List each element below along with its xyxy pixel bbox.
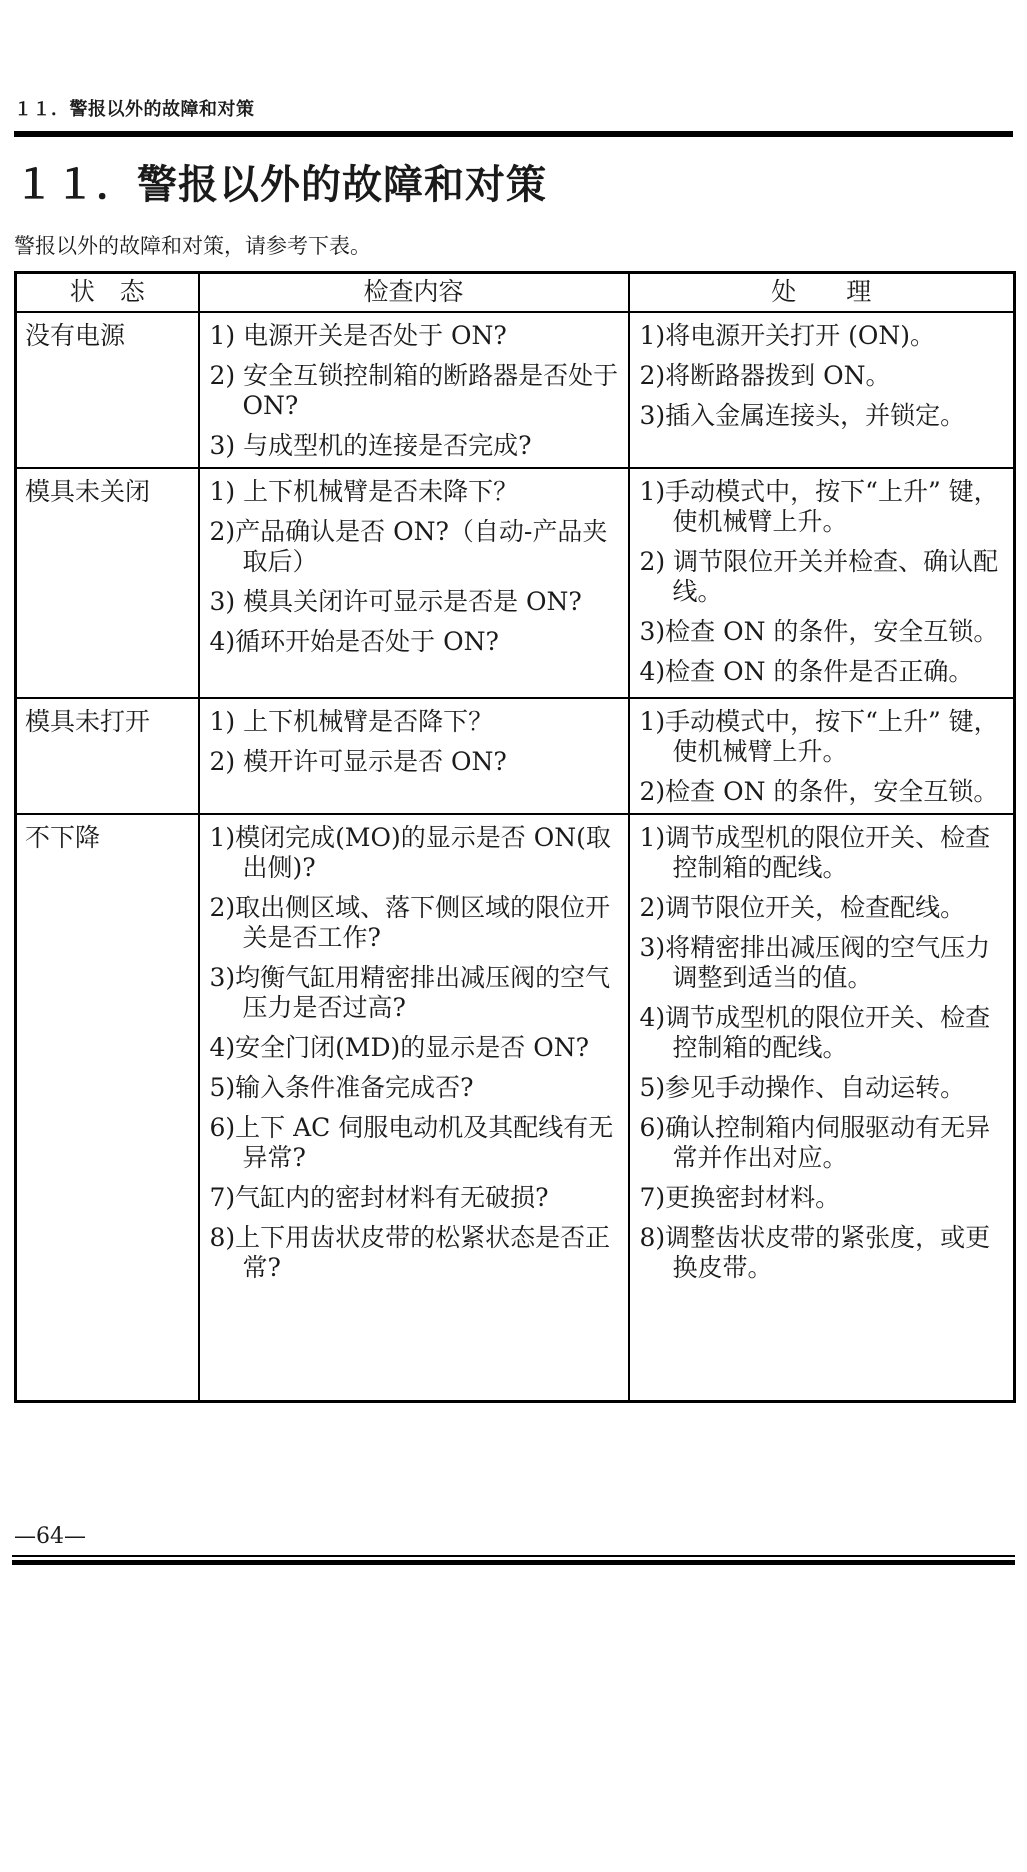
action-item: 4)检查 ON 的条件是否正确。 <box>640 657 1005 687</box>
action-item: 7)更换密封材料。 <box>640 1183 1005 1213</box>
footer-rule-thick <box>12 1560 1015 1565</box>
action-cell: 1)手动模式中，按下“上升” 键，使机械臂上升。2) 调节限位开关并检查、确认配… <box>629 468 1015 698</box>
page-content: １１．警报以外的故障和对策 １１．警报以外的故障和对策 警报以外的故障和对策，请… <box>0 0 1027 1403</box>
table-row: 不下降1)模闭完成(MO)的显示是否 ON(取出侧)?2)取出侧区域、落下侧区域… <box>16 814 1015 1402</box>
action-item: 2) 调节限位开关并检查、确认配线。 <box>640 547 1005 607</box>
action-item: 3)插入金属连接头，并锁定。 <box>640 401 1005 431</box>
check-cell: 1) 电源开关是否处于 ON?2) 安全互锁控制箱的断路器是否处于 ON?3) … <box>199 312 629 468</box>
check-item: 7)气缸内的密封材料有无破损? <box>210 1183 619 1213</box>
table-header-action: 处 理 <box>629 272 1015 312</box>
check-item: 4)安全门闭(MD)的显示是否 ON? <box>210 1033 619 1063</box>
status-cell: 不下降 <box>16 814 199 1402</box>
table-header-check: 检查内容 <box>199 272 629 312</box>
check-item: 4)循环开始是否处于 ON? <box>210 627 619 657</box>
check-cell: 1) 上下机械臂是否未降下？2)产品确认是否 ON?（自动-产品夹取后）3) 模… <box>199 468 629 698</box>
check-item: 1)模闭完成(MO)的显示是否 ON(取出侧)? <box>210 823 619 883</box>
check-item: 1) 电源开关是否处于 ON? <box>210 321 619 351</box>
action-item: 1)手动模式中，按下“上升” 键，使机械臂上升。 <box>640 707 1005 767</box>
table-row: 模具未关闭1) 上下机械臂是否未降下？2)产品确认是否 ON?（自动-产品夹取后… <box>16 468 1015 698</box>
footer-rule-thin <box>12 1555 1015 1557</box>
status-cell: 没有电源 <box>16 312 199 468</box>
check-item: 1) 上下机械臂是否降下？ <box>210 707 619 737</box>
action-item: 2)检查 ON 的条件，安全互锁。 <box>640 777 1005 807</box>
fault-table-body: 没有电源1) 电源开关是否处于 ON?2) 安全互锁控制箱的断路器是否处于 ON… <box>16 312 1015 1402</box>
check-item: 3) 与成型机的连接是否完成? <box>210 431 619 461</box>
action-item: 5)参见手动操作、自动运转。 <box>640 1073 1005 1103</box>
check-item: 5)输入条件准备完成否? <box>210 1073 619 1103</box>
intro-text: 警报以外的故障和对策，请参考下表。 <box>14 233 1013 260</box>
table-row: 模具未打开1) 上下机械臂是否降下？2) 模开许可显示是否 ON?1)手动模式中… <box>16 698 1015 814</box>
check-cell: 1) 上下机械臂是否降下？2) 模开许可显示是否 ON? <box>199 698 629 814</box>
action-item: 2)将断路器拨到 ON。 <box>640 361 1005 391</box>
action-item: 8)调整齿状皮带的紧张度，或更换皮带。 <box>640 1223 1005 1283</box>
action-item: 4)调节成型机的限位开关、检查控制箱的配线。 <box>640 1003 1005 1063</box>
table-header-row: 状 态 检查内容 处 理 <box>16 272 1015 312</box>
table-row: 没有电源1) 电源开关是否处于 ON?2) 安全互锁控制箱的断路器是否处于 ON… <box>16 312 1015 468</box>
page-title: １１．警报以外的故障和对策 <box>14 161 1013 209</box>
status-text: 模具未关闭 <box>25 477 190 507</box>
table-header-status: 状 态 <box>16 272 199 312</box>
action-cell: 1)手动模式中，按下“上升” 键，使机械臂上升。2)检查 ON 的条件，安全互锁… <box>629 698 1015 814</box>
check-item: 2)取出侧区域、落下侧区域的限位开关是否工作? <box>210 893 619 953</box>
check-item: 3) 模具关闭许可显示是否是 ON? <box>210 587 619 617</box>
action-cell: 1)调节成型机的限位开关、检查控制箱的配线。2)调节限位开关，检查配线。3)将精… <box>629 814 1015 1402</box>
action-item: 3)将精密排出减压阀的空气压力调整到适当的值。 <box>640 933 1005 993</box>
action-item: 2)调节限位开关，检查配线。 <box>640 893 1005 923</box>
header-rule <box>14 131 1013 137</box>
status-text: 模具未打开 <box>25 707 190 737</box>
action-item: 1)调节成型机的限位开关、检查控制箱的配线。 <box>640 823 1005 883</box>
status-text: 没有电源 <box>25 321 190 351</box>
action-cell: 1)将电源开关打开 (ON)。2)将断路器拨到 ON。3)插入金属连接头，并锁定… <box>629 312 1015 468</box>
fault-table: 状 态 检查内容 处 理 没有电源1) 电源开关是否处于 ON?2) 安全互锁控… <box>14 271 1016 1404</box>
check-item: 3)均衡气缸用精密排出减压阀的空气压力是否过高? <box>210 963 619 1023</box>
check-item: 6)上下 AC 伺服电动机及其配线有无异常? <box>210 1113 619 1173</box>
action-item: 1)手动模式中，按下“上升” 键，使机械臂上升。 <box>640 477 1005 537</box>
check-item: 2)产品确认是否 ON?（自动-产品夹取后） <box>210 517 619 577</box>
breadcrumb: １１．警报以外的故障和对策 <box>14 0 1013 122</box>
page-number: —64— <box>12 1524 1015 1550</box>
check-cell: 1)模闭完成(MO)的显示是否 ON(取出侧)?2)取出侧区域、落下侧区域的限位… <box>199 814 629 1402</box>
action-item: 6)确认控制箱内伺服驱动有无异常并作出对应。 <box>640 1113 1005 1173</box>
check-item: 2) 安全互锁控制箱的断路器是否处于 ON? <box>210 361 619 421</box>
action-item: 1)将电源开关打开 (ON)。 <box>640 321 1005 351</box>
status-cell: 模具未打开 <box>16 698 199 814</box>
check-item: 2) 模开许可显示是否 ON? <box>210 747 619 777</box>
status-cell: 模具未关闭 <box>16 468 199 698</box>
check-item: 8)上下用齿状皮带的松紧状态是否正常? <box>210 1223 619 1283</box>
action-item: 3)检查 ON 的条件，安全互锁。 <box>640 617 1005 647</box>
page-footer: —64— <box>12 1524 1015 1565</box>
check-item: 1) 上下机械臂是否未降下？ <box>210 477 619 507</box>
status-text: 不下降 <box>25 823 190 853</box>
